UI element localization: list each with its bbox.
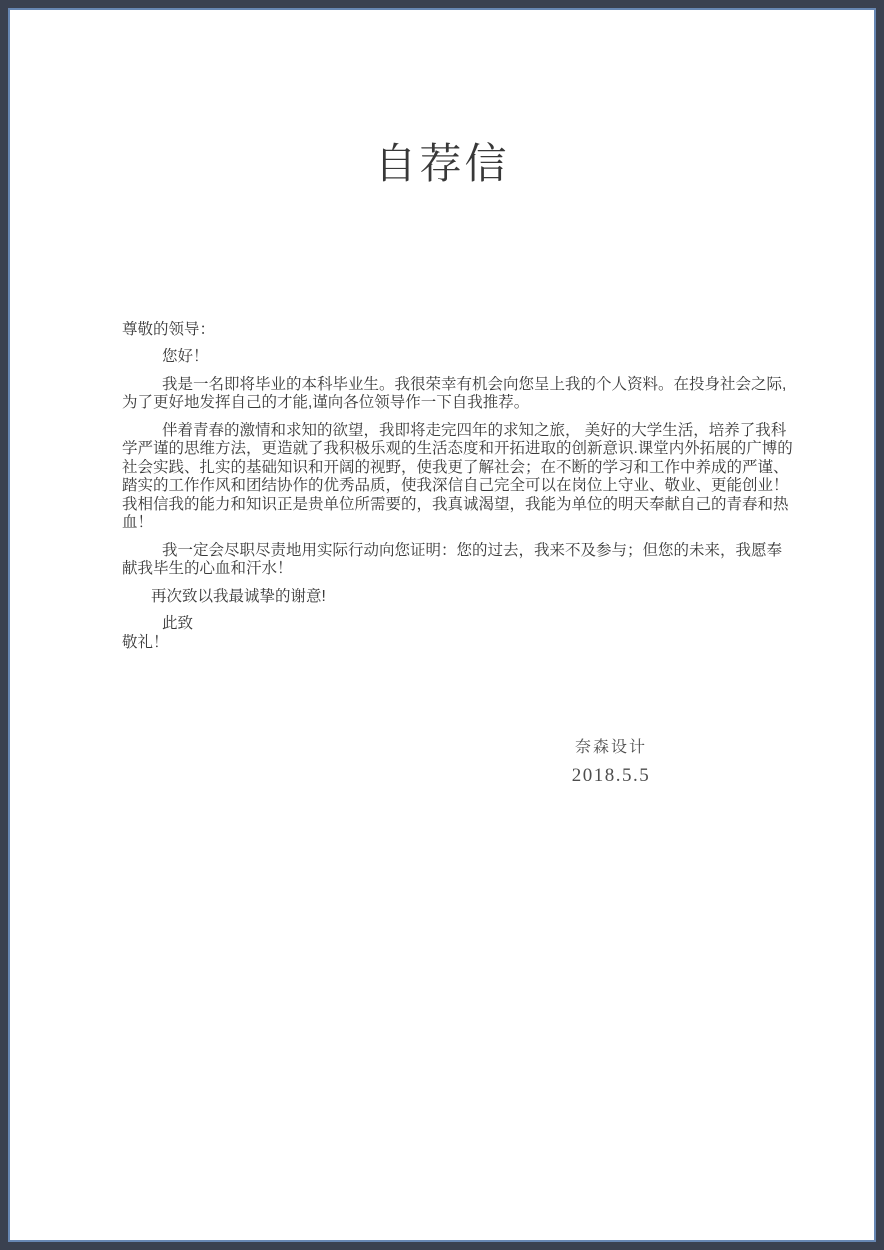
letter-title: 自荐信	[8, 138, 876, 191]
paragraph-intro: 我是一名即将毕业的本科毕业生。我很荣幸有机会向您呈上我的个人资料。在投身社会之际…	[122, 376, 794, 413]
paragraph-pledge: 我一定会尽职尽责地用实际行动向您证明：您的过去，我来不及参与；但您的未来，我愿奉…	[122, 542, 794, 579]
signature-date: 2018.5.5	[461, 765, 761, 787]
paragraph-thanks: 再次致以我最诚挚的谢意!	[122, 588, 794, 607]
signature-block: 奈森设计 2018.5.5	[461, 738, 761, 787]
paragraph-body: 伴着青春的激情和求知的欲望，我即将走完四年的求知之旅， 美好的大学生活，培养了我…	[122, 422, 794, 533]
greeting-line: 您好！	[122, 348, 794, 367]
salutation: 尊敬的领导：	[122, 321, 794, 340]
letter-body: 尊敬的领导： 您好！ 我是一名即将毕业的本科毕业生。我很荣幸有机会向您呈上我的个…	[8, 321, 876, 653]
closing-salute-line: 敬礼！	[122, 634, 794, 653]
letter-page: 自荐信 尊敬的领导： 您好！ 我是一名即将毕业的本科毕业生。我很荣幸有机会向您呈…	[0, 0, 884, 1250]
signature-name: 奈森设计	[461, 738, 761, 758]
closing-line: 此致	[122, 615, 794, 634]
